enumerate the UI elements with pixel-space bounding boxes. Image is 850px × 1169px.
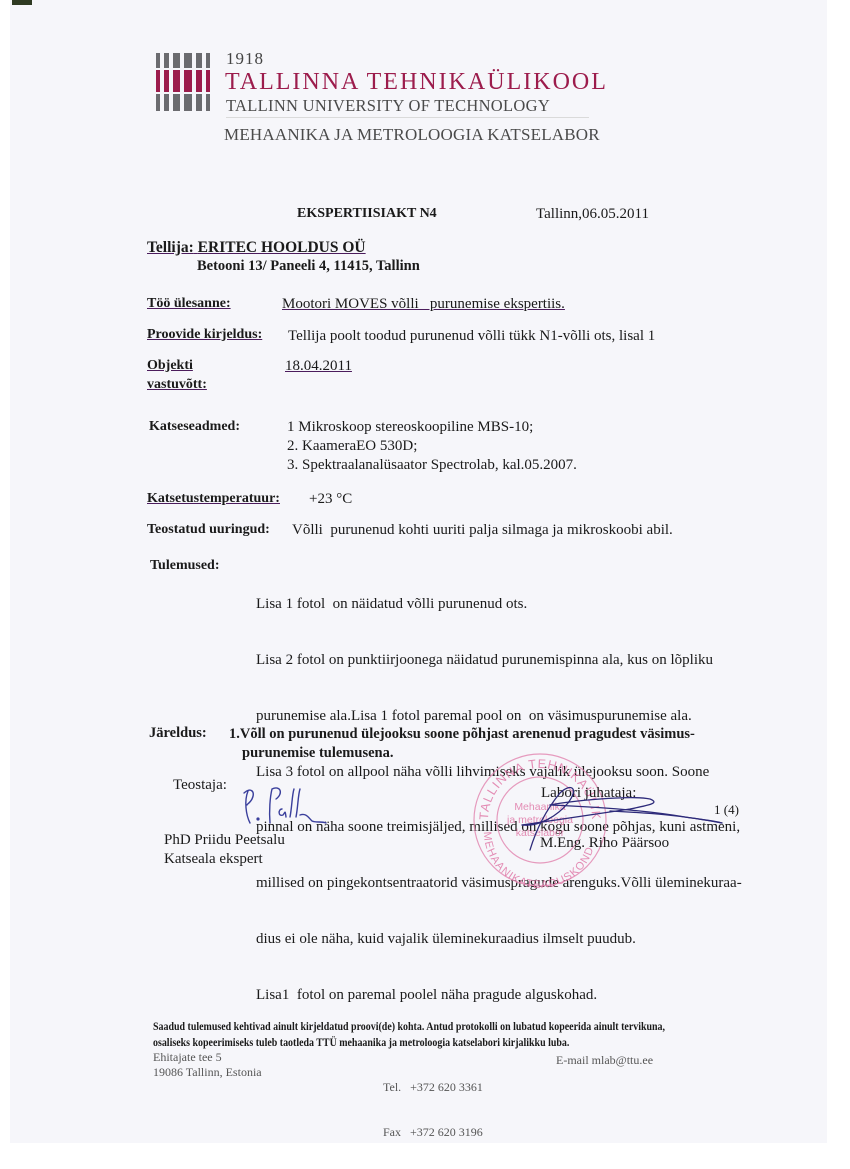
studies-value: Võlli purunenud kohti uuriti palja silma… <box>292 522 673 539</box>
studies-label: Teostatud uuringud: <box>147 522 270 538</box>
conclusion-text: 1.Võll on purunenud ülejooksu soone põhj… <box>229 725 695 763</box>
client-name: ERITEC HOOLDUS OÜ <box>198 239 366 256</box>
results-line: Lisa 1 fotol on näidatud võlli purunenud… <box>256 595 742 614</box>
footer-disclaimer: Saadud tulemused kehtivad ainult kirjeld… <box>153 1020 665 1051</box>
footer-disclaimer-line: Saadud tulemused kehtivad ainult kirjeld… <box>153 1020 665 1036</box>
equipment-label: Katseseadmed: <box>149 419 240 435</box>
temperature-value: +23 °C <box>309 491 352 508</box>
results-line: dius ei ole näha, kuid vajalik ülemineku… <box>256 930 742 949</box>
conclusion-label: Järeldus: <box>149 725 207 742</box>
results-line: Lisa1 fotol on paremal poolel näha pragu… <box>256 986 742 1005</box>
logo-year: 1918 <box>226 49 264 69</box>
university-logo-icon <box>156 53 212 111</box>
document-title: EKSPERTIISIAKT N4 <box>297 206 437 222</box>
footer-address-line: Ehitajate tee 5 <box>153 1050 262 1065</box>
performer-title: Katseala ekspert <box>164 850 285 869</box>
footer-disclaimer-line: osaliseks kopeerimiseks tuleb taotleda T… <box>153 1036 665 1052</box>
header-divider <box>226 117 589 118</box>
conclusion-line: 1.Võll on purunenud ülejooksu soone põhj… <box>229 725 695 744</box>
scan-artifact <box>12 0 32 5</box>
performer-label: Teostaja: <box>173 777 227 794</box>
university-name-english: TALLINN UNIVERSITY OF TECHNOLOGY <box>226 96 550 116</box>
footer-contacts: Tel. +372 620 3361 Fax +372 620 3196 <box>383 1050 483 1169</box>
results-line: purunemise ala.Lisa 1 fotol paremal pool… <box>256 707 742 726</box>
footer-fax: Fax +372 620 3196 <box>383 1125 483 1140</box>
sample-description-value: Tellija poolt toodud purunenud võlli tük… <box>288 328 655 345</box>
object-received-value: 18.04.2011 <box>285 358 352 375</box>
temperature-label: Katsetustemperatuur: <box>147 491 280 507</box>
footer-phone: Tel. +372 620 3361 <box>383 1080 483 1095</box>
equipment-item: 3. Spektraalanalüsaator Spectrolab, kal.… <box>287 456 577 475</box>
client-line: Tellija: ERITEC HOOLDUS OÜ <box>147 239 366 257</box>
task-label: Töö ülesanne: <box>147 296 231 312</box>
performer-name: PhD Priidu Peetsalu <box>164 831 285 850</box>
results-label: Tulemused: <box>150 558 220 574</box>
university-name: TALLINNA TEHNIKAÜLIKOOL <box>225 69 608 96</box>
sample-description-label: Proovide kirjeldus: <box>147 327 262 343</box>
object-received-label-2: vastuvõtt: <box>147 377 207 393</box>
client-address: Betooni 13/ Paneeli 4, 11415, Tallinn <box>197 258 420 275</box>
equipment-list: 1 Mikroskoop stereoskoopiline MBS-10; 2.… <box>287 418 577 475</box>
client-label: Tellija: <box>147 239 194 256</box>
performer-signature-icon <box>238 783 328 833</box>
object-received-label: Objekti <box>147 358 193 374</box>
equipment-item: 2. KaameraEO 530D; <box>287 437 577 456</box>
footer-email[interactable]: E-mail mlab@ttu.ee <box>556 1053 653 1068</box>
performer-name-block: PhD Priidu Peetsalu Katseala ekspert <box>164 831 285 869</box>
conclusion-line: purunemise tulemusena. <box>229 744 695 763</box>
place-date: Tallinn,06.05.2011 <box>536 206 649 223</box>
equipment-item: 1 Mikroskoop stereoskoopiline MBS-10; <box>287 418 577 437</box>
footer-address-line: 19086 Tallinn, Estonia <box>153 1065 262 1080</box>
footer-address: Ehitajate tee 5 19086 Tallinn, Estonia <box>153 1050 262 1080</box>
document-page: 1918 TALLINNA TEHNIKAÜLIKOOL TALLINN UNI… <box>10 0 827 1143</box>
task-value: Mootori MOVES võlli purunemise ekspertii… <box>282 296 565 313</box>
head-name: M.Eng. Riho Päärsoo <box>540 835 669 852</box>
lab-name: MEHAANIKA JA METROLOOGIA KATSELABOR <box>224 125 600 145</box>
results-line: Lisa 2 fotol on punktiirjoonega näidatud… <box>256 651 742 670</box>
